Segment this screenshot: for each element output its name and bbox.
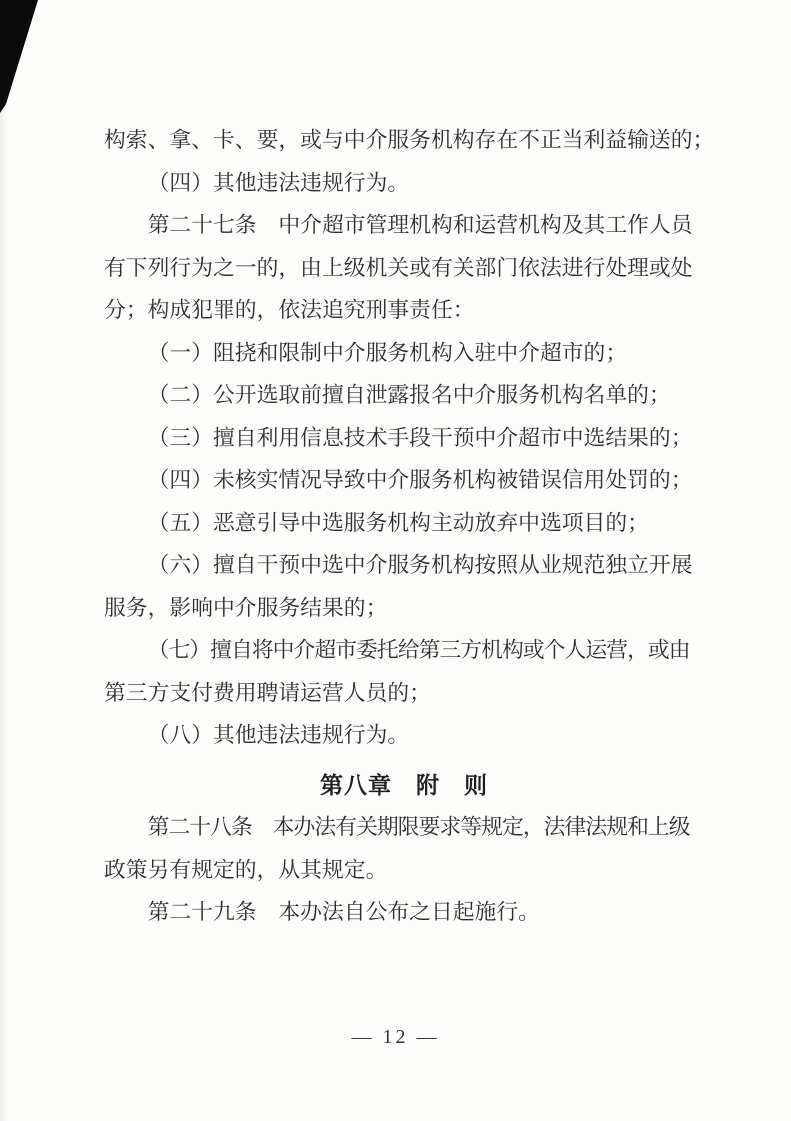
page-number: — 12 — [0,1026,791,1049]
article-heading-line: 第二十七条 中介超市管理机构和运营机构及其工作人员 [104,204,704,247]
text-line: （一）阻挠和限制中介服务机构入驻中介超市的； [104,332,704,375]
text-line: （五）恶意引导中选服务机构主动放弃中选项目的； [104,502,704,545]
text-line: （四）未核实情况导致中介服务机构被错误信用处罚的； [104,459,704,502]
chapter-heading: 第八章 附 则 [104,764,704,807]
text-line: （四）其他违法违规行为。 [104,162,704,205]
text-line: 服务，影响中介服务结果的； [104,587,704,630]
article-heading-line: 第二十八条 本办法有关期限要求等规定，法律法规和上级 [104,806,704,849]
text-line: 构索、拿、卡、要，或与中介服务机构存在不正当利益输送的； [104,119,704,162]
text-line: 分；构成犯罪的，依法追究刑事责任： [104,289,704,332]
document-page: 构索、拿、卡、要，或与中介服务机构存在不正当利益输送的； （四）其他违法违规行为… [0,0,791,1121]
scan-left-edge-shading [0,0,7,1121]
text-line: 有下列行为之一的，由上级机关或有关部门依法进行处理或处 [104,247,704,290]
text-line: （七）擅自将中介超市委托给第三方机构或个人运营，或由 [104,629,704,672]
text-line: （六）擅自干预中选中介服务机构按照从业规范独立开展 [104,544,704,587]
scan-corner-artifact [0,0,46,116]
text-line: （三）擅自利用信息技术手段干预中介超市中选结果的； [104,417,704,460]
text-line: 第三方支付费用聘请运营人员的； [104,672,704,715]
text-line: （二）公开选取前擅自泄露报名中介服务机构名单的； [104,374,704,417]
article-heading-line: 第二十九条 本办法自公布之日起施行。 [104,891,704,934]
text-line: （八）其他违法违规行为。 [104,714,704,757]
text-line: 政策另有规定的，从其规定。 [104,849,704,892]
document-text-block: 构索、拿、卡、要，或与中介服务机构存在不正当利益输送的； （四）其他违法违规行为… [104,119,704,934]
